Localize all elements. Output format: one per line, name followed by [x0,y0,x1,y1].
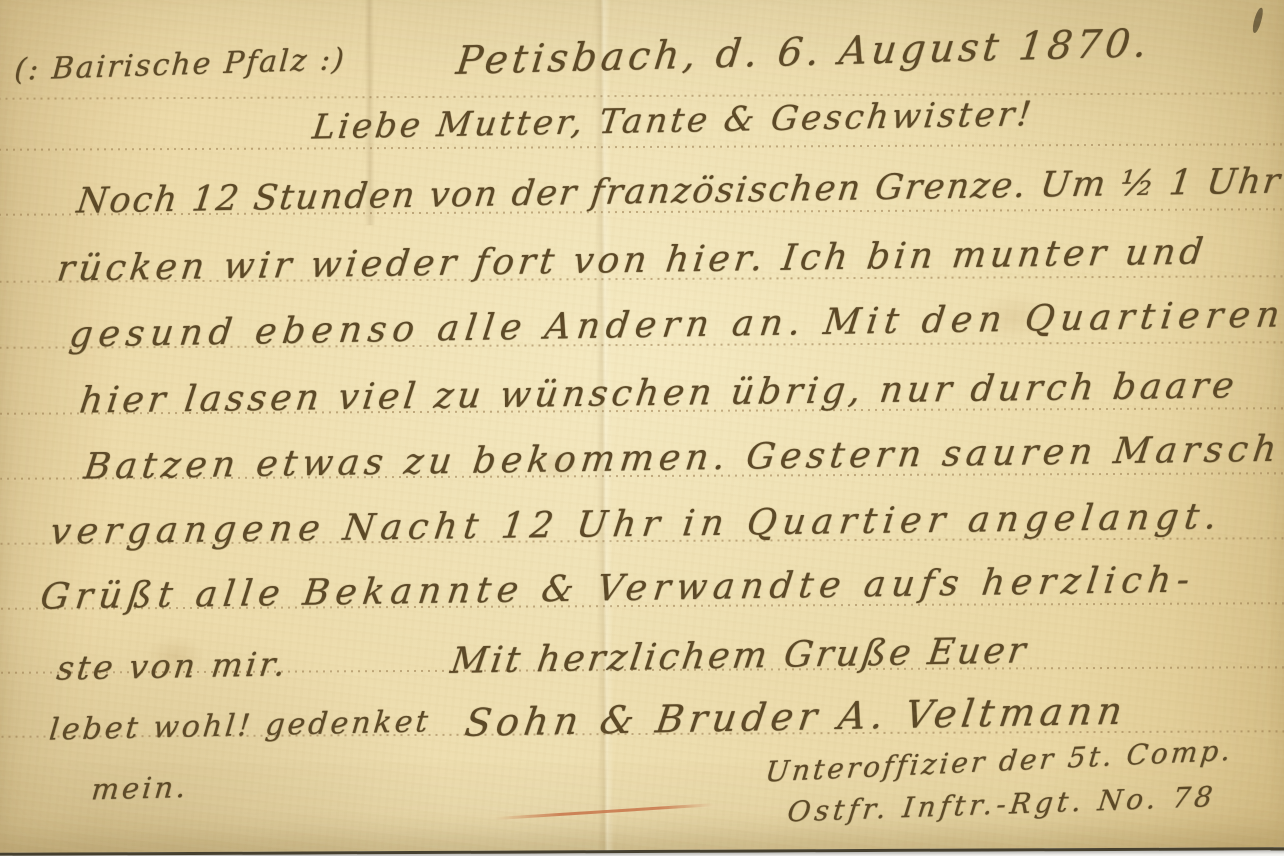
handwriting-body-line: vergangene Nacht 12 Uhr in Quartier ange… [48,496,1225,552]
handwriting-farewell: lebet wohl! gedenket [48,704,433,747]
handwriting-body-line: hier lassen viel zu wünschen übrig, nur … [77,365,1240,421]
scanned-postcard-page: (: Bairische Pfalz :) Petisbach, d. 6. A… [0,0,1284,856]
handwriting-body-line: Batzen etwas zu bekommen. Gestern sauren… [82,429,1284,488]
handwriting-rank-line: Ostfr. Inftr.-Rgt. No. 78 [786,780,1219,829]
postcard: (: Bairische Pfalz :) Petisbach, d. 6. A… [0,0,1284,856]
handwriting-dateline: Petisbach, d. 6. August 1870. [454,21,1153,84]
dotted-rule [0,92,1283,100]
handwriting-salutation: Liebe Mutter, Tante & Geschwister! [310,94,1036,147]
handwriting-body-line: Grüßt alle Bekannte & Verwandte aufs her… [38,559,1198,617]
ink-blot [1251,7,1264,34]
handwriting-body-line: rücken wir wieder fort von hier. Ich bin… [55,231,1209,289]
handwriting-region-note: (: Bairische Pfalz :) [13,42,347,88]
handwriting-body-line: ste von mir. [55,644,291,687]
handwriting-rank-line: Unteroffizier der 5t. Comp. [764,734,1235,789]
dotted-rule [0,143,1283,151]
red-pencil-mark [494,803,714,820]
handwriting-signature: Sohn & Bruder A. Veltmann [462,689,1130,745]
handwriting-valediction: Mit herzlichem Gruße Euer [448,630,1031,682]
handwriting-farewell: mein. [90,770,190,807]
handwriting-body-line: gesund ebenso alle Andern an. Mit den Qu… [67,294,1284,355]
